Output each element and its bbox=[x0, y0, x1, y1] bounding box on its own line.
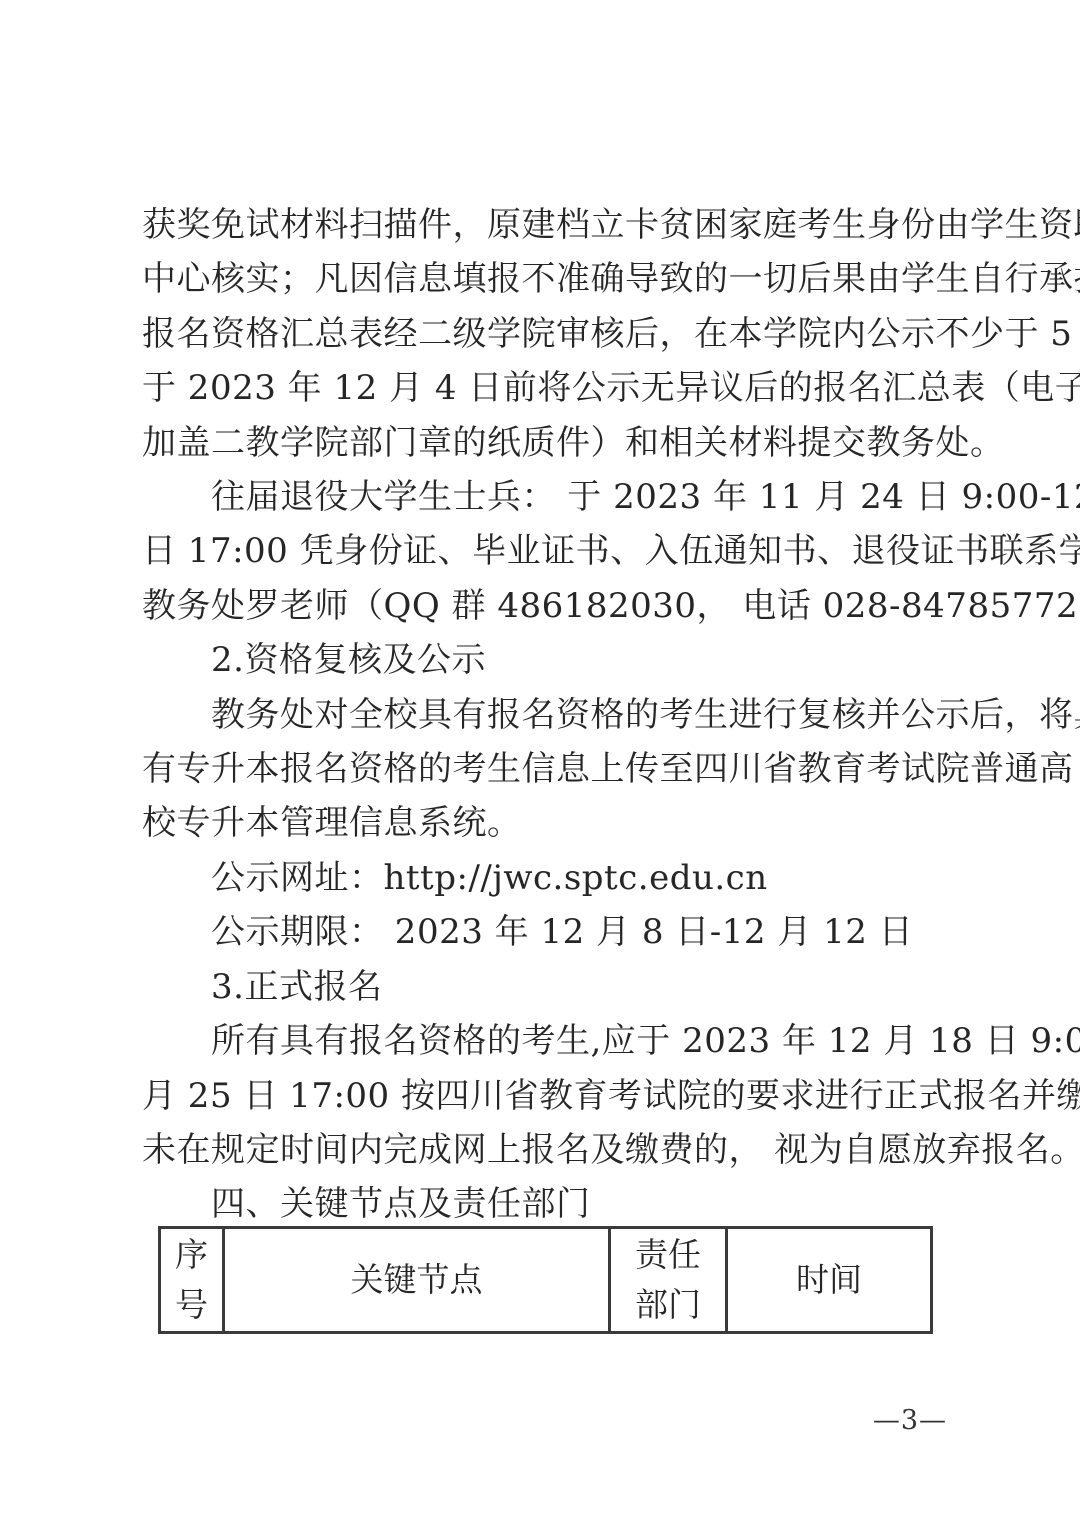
body-line: 教务处对全校具有报名资格的考生进行复核并公示后，将具 bbox=[142, 688, 968, 742]
body-line: 月 25 日 17:00 按四川省教育考试院的要求进行正式报名并缴费。 bbox=[142, 1069, 968, 1123]
body-line: 往届退役大学生士兵： 于 2023 年 11 月 24 日 9:00-12 月 … bbox=[142, 470, 968, 524]
body-line: 日 17:00 凭身份证、毕业证书、入伍通知书、退役证书联系学校 bbox=[142, 524, 968, 578]
subsection-heading: 2.资格复核及公示 bbox=[142, 633, 968, 687]
table-header-xuhao: 序 号 bbox=[160, 1228, 224, 1333]
key-nodes-table: 序 号 关键节点 责任 部门 时间 bbox=[158, 1226, 933, 1334]
body-line: 未在规定时间内完成网上报名及缴费的， 视为自愿放弃报名。 bbox=[142, 1123, 968, 1177]
document-body: 获奖免试材料扫描件，原建档立卡贫困家庭考生身份由学生资助 中心核实；凡因信息填报… bbox=[142, 198, 968, 1232]
body-line: 于 2023 年 12 月 4 日前将公示无异议后的报名汇总表（电子档及 bbox=[142, 361, 968, 415]
table-header-row: 序 号 关键节点 责任 部门 时间 bbox=[160, 1228, 932, 1333]
publicity-period-line: 公示期限： 2023 年 12 月 8 日-12 月 12 日 bbox=[142, 905, 968, 959]
section-heading: 四、关键节点及责任部门 bbox=[142, 1177, 968, 1231]
body-line: 所有具有报名资格的考生,应于 2023 年 12 月 18 日 9:00-12 bbox=[142, 1014, 968, 1068]
body-line: 教务处罗老师（QQ 群 486182030， 电话 028-84785772）报… bbox=[142, 579, 968, 633]
table-header-shijian: 时间 bbox=[727, 1228, 932, 1333]
document-page: 获奖免试材料扫描件，原建档立卡贫困家庭考生身份由学生资助 中心核实；凡因信息填报… bbox=[0, 0, 1080, 1527]
body-line: 校专升本管理信息系统。 bbox=[142, 796, 968, 850]
body-line: 有专升本报名资格的考生信息上传至四川省教育考试院普通高 bbox=[142, 742, 968, 796]
body-line: 获奖免试材料扫描件，原建档立卡贫困家庭考生身份由学生资助 bbox=[142, 198, 968, 252]
page-number: —3— bbox=[873, 1405, 947, 1436]
body-line: 中心核实；凡因信息填报不准确导致的一切后果由学生自行承担。 bbox=[142, 252, 968, 306]
body-line: 加盖二教学院部门章的纸质件）和相关材料提交教务处。 bbox=[142, 416, 968, 470]
subsection-heading: 3.正式报名 bbox=[142, 960, 968, 1014]
table-header-guanjianjiedian: 关键节点 bbox=[224, 1228, 610, 1333]
table-header-zerenbumen: 责任 部门 bbox=[610, 1228, 727, 1333]
body-line: 报名资格汇总表经二级学院审核后，在本学院内公示不少于 5 日， bbox=[142, 307, 968, 361]
publicity-url-line: 公示网址：http://jwc.sptc.edu.cn bbox=[142, 851, 968, 905]
